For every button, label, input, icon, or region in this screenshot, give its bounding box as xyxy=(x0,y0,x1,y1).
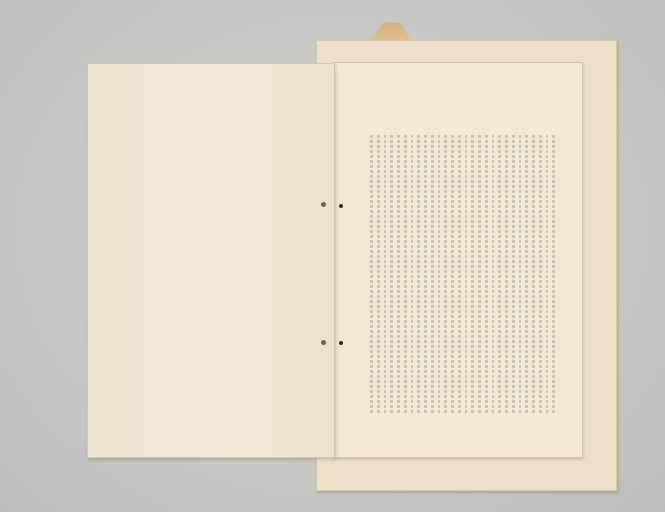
binding-hole xyxy=(321,202,326,207)
binding-hole xyxy=(321,340,326,345)
binding-hole xyxy=(339,341,343,345)
printed-text-block xyxy=(370,135,555,415)
binding-hole xyxy=(339,204,343,208)
left-page xyxy=(87,63,335,458)
